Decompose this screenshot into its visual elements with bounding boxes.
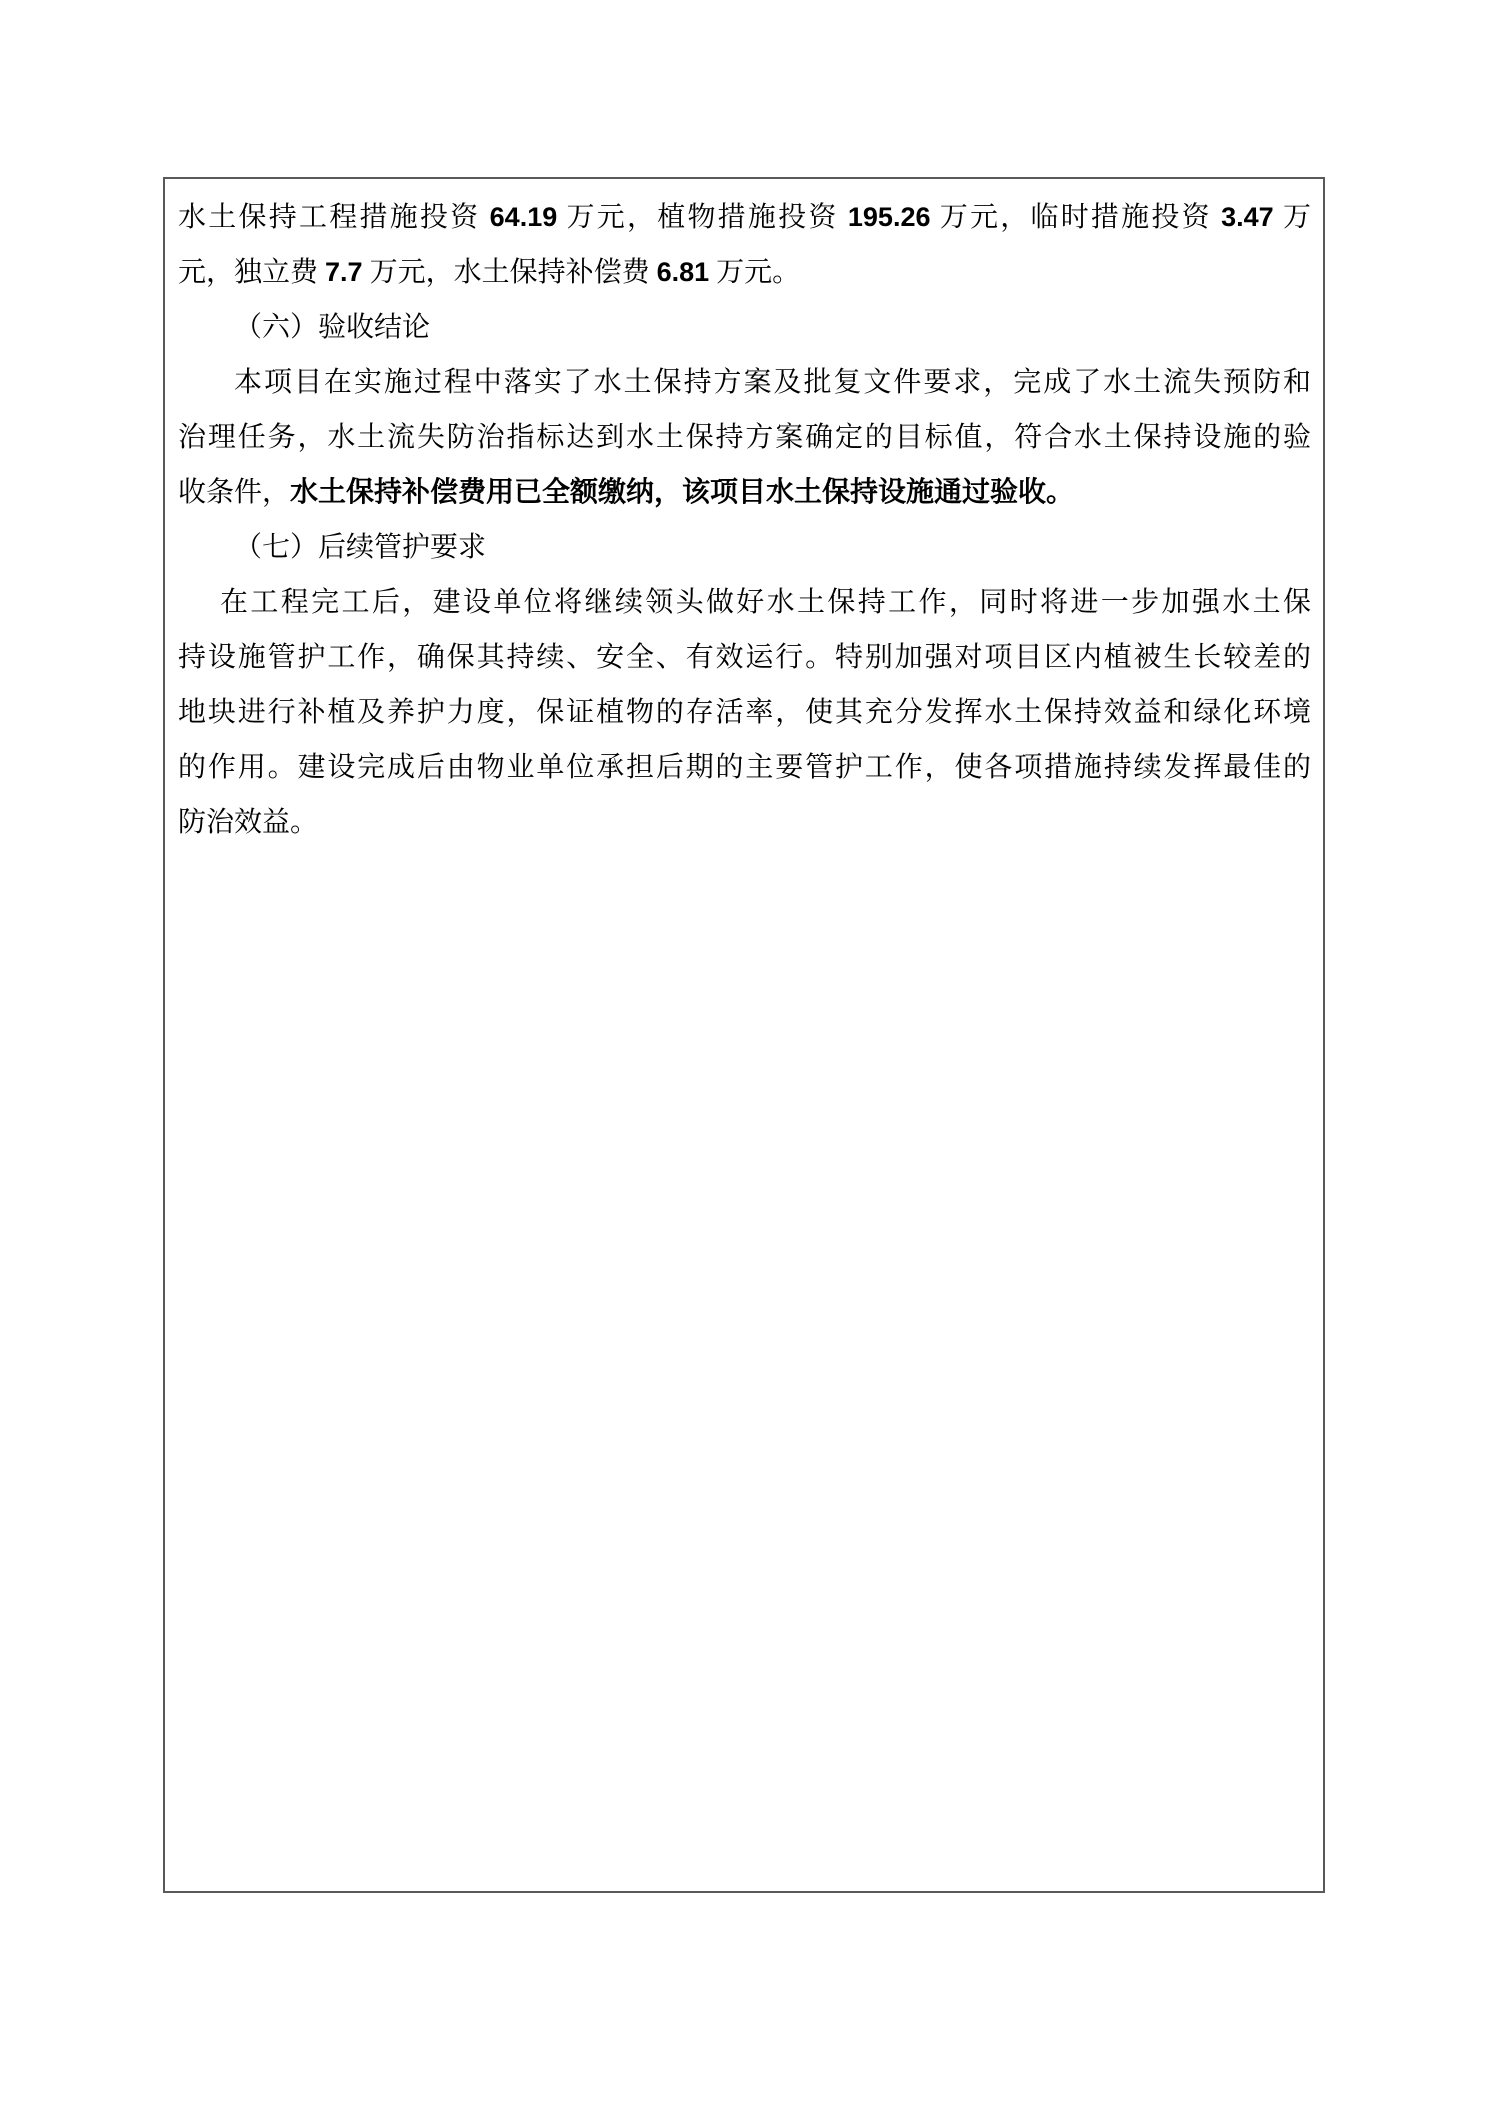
text-run: 水土保持工程措施投资	[178, 202, 490, 233]
text-line: 的作用。建设完成后由物业单位承担后期的主要管护工作，使各项措施持续发挥最佳的	[178, 740, 1311, 795]
text-run: 万	[1274, 202, 1311, 233]
text-run: 万元，植物措施投资	[557, 202, 848, 233]
text-run: 万元，临时措施投资	[930, 202, 1221, 233]
text-line: （七）后续管护要求	[178, 520, 1311, 575]
text-line: 持设施管护工作，确保其持续、安全、有效运行。特别加强对项目区内植被生长较差的	[178, 630, 1311, 685]
text-run: 收条件，	[178, 477, 290, 508]
text-run: 万元。	[709, 257, 800, 288]
table-cell-border: 水土保持工程措施投资 64.19 万元，植物措施投资 195.26 万元，临时措…	[163, 177, 1325, 1893]
text-run: 6.81	[657, 257, 710, 287]
text-run: 3.47	[1221, 202, 1274, 232]
text-line: 地块进行补植及养护力度，保证植物的存活率，使其充分发挥水土保持效益和绿化环境	[178, 685, 1311, 740]
text-run: 治理任务，水土流失防治指标达到水土保持方案确定的目标值，符合水土保持设施的验	[178, 422, 1311, 453]
text-run: 万元，水土保持补偿费	[363, 257, 657, 288]
text-line: 水土保持工程措施投资 64.19 万元，植物措施投资 195.26 万元，临时措…	[178, 190, 1311, 245]
text-run: （六）验收结论	[234, 312, 430, 343]
text-run: 持设施管护工作，确保其持续、安全、有效运行。特别加强对项目区内植被生长较差的	[178, 642, 1311, 673]
text-run: 195.26	[848, 202, 931, 232]
text-run: 水土保持补偿费用已全额缴纳，该项目水土保持设施通过验收。	[290, 477, 1074, 508]
document-body: 水土保持工程措施投资 64.19 万元，植物措施投资 195.26 万元，临时措…	[178, 190, 1311, 850]
text-line: 收条件，水土保持补偿费用已全额缴纳，该项目水土保持设施通过验收。	[178, 465, 1311, 520]
text-run: 元，独立费	[178, 257, 325, 288]
text-line: （六）验收结论	[178, 300, 1311, 355]
document-page: 水土保持工程措施投资 64.19 万元，植物措施投资 195.26 万元，临时措…	[0, 0, 1488, 2104]
text-line: 在工程完工后，建设单位将继续领头做好水土保持工作，同时将进一步加强水土保	[178, 575, 1311, 630]
text-run: 地块进行补植及养护力度，保证植物的存活率，使其充分发挥水土保持效益和绿化环境	[178, 697, 1311, 728]
text-run: 7.7	[325, 257, 363, 287]
text-run: 在工程完工后，建设单位将继续领头做好水土保持工作，同时将进一步加强水土保	[220, 587, 1311, 618]
text-line: 防治效益。	[178, 795, 1311, 850]
text-run: 防治效益。	[178, 807, 318, 838]
text-run: 本项目在实施过程中落实了水土保持方案及批复文件要求，完成了水土流失预防和	[234, 367, 1311, 398]
text-run: （七）后续管护要求	[234, 532, 486, 563]
text-line: 治理任务，水土流失防治指标达到水土保持方案确定的目标值，符合水土保持设施的验	[178, 410, 1311, 465]
text-line: 元，独立费 7.7 万元，水土保持补偿费 6.81 万元。	[178, 245, 1311, 300]
text-run: 的作用。建设完成后由物业单位承担后期的主要管护工作，使各项措施持续发挥最佳的	[178, 752, 1311, 783]
text-run: 64.19	[490, 202, 558, 232]
text-line: 本项目在实施过程中落实了水土保持方案及批复文件要求，完成了水土流失预防和	[178, 355, 1311, 410]
